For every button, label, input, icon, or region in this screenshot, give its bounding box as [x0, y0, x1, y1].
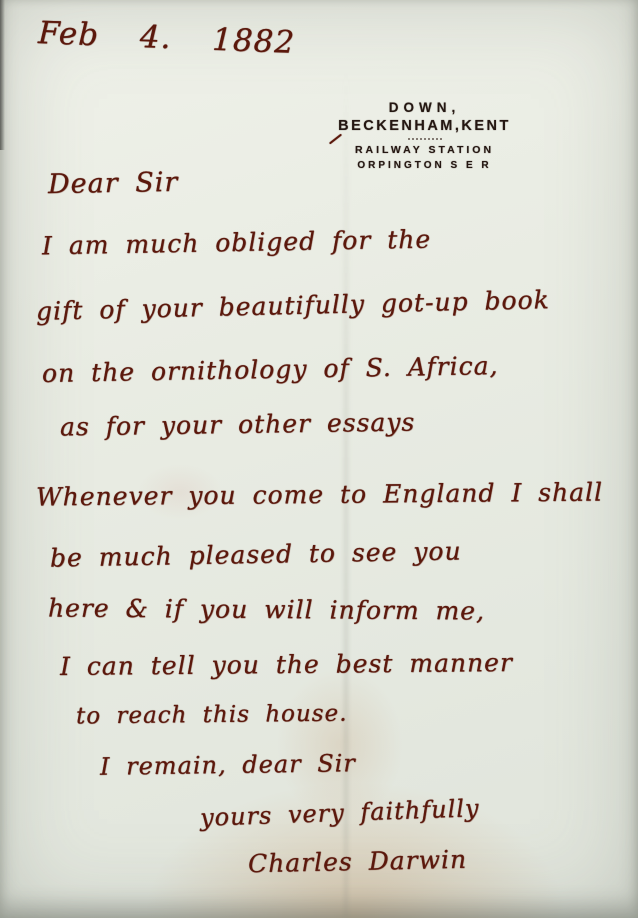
letter-line: Whenever you come to England I shall: [36, 478, 603, 512]
signature: Charles Darwin: [248, 845, 468, 879]
letter-photo: Feb 4. 1882 DOWN, BECKENHAM,KENT RAILWAY…: [0, 0, 638, 918]
letterhead-town: DOWN,: [332, 100, 517, 115]
letterhead-station: RAILWAY STATION: [332, 144, 517, 156]
closing-line: I remain, dear Sir: [100, 749, 356, 781]
letter-line: as for your other essays: [60, 408, 416, 442]
letter-line: I am much obliged for the: [42, 225, 432, 261]
letter-line: be much pleased to see you: [50, 536, 462, 572]
letterhead: DOWN, BECKENHAM,KENT RAILWAY STATION ORP…: [332, 100, 517, 171]
letterhead-railway: ORPINGTON S E R: [332, 160, 517, 171]
letterhead-rule: [408, 138, 442, 140]
salutation: Dear Sir: [48, 167, 179, 200]
letter-line: on the ornithology of S. Africa,: [42, 351, 499, 388]
letterhead-county: BECKENHAM,KENT: [332, 118, 517, 134]
letter-line: here & if you will inform me,: [48, 593, 485, 625]
photo-edge-shadow: [0, 0, 5, 150]
date-line: Feb 4. 1882: [37, 15, 295, 61]
letter-line: I can tell you the best manner: [60, 648, 513, 681]
closing-line: yours very faithfully: [200, 794, 480, 832]
letter-line: to reach this house.: [76, 701, 348, 730]
letter-line: gift of your beautifully got-up book: [36, 285, 550, 326]
